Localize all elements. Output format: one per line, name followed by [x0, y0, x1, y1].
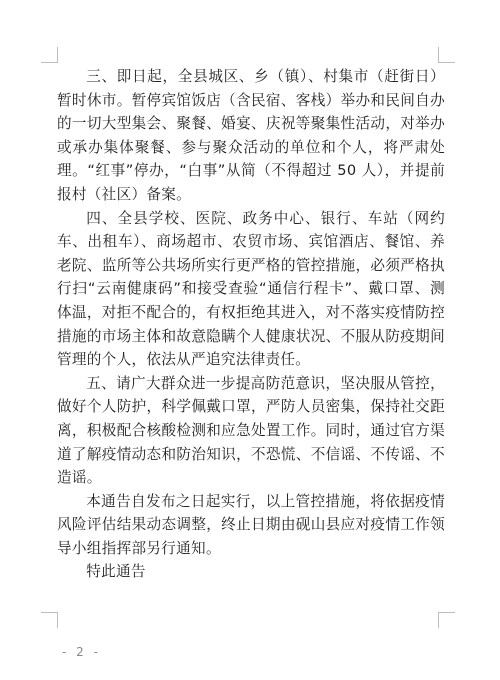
margin-corner-mark-top-left: [41, 47, 58, 63]
paragraph-effective-date: 本通告自发布之日起实行，以上管控措施，将依据疫情风险评估结果动态调整，终止日期由…: [57, 490, 445, 561]
page-number: - 2 -: [62, 645, 101, 659]
margin-corner-mark-top-right: [438, 47, 455, 63]
paragraph-section-3: 三、即日起，全县城区、乡（镇）、村集市（赶街日）暂时休市。暂停宾馆饭店（含民宿、…: [57, 65, 445, 207]
paragraph-section-5: 五、请广大群众进一步提高防范意识，坚决服从管控，做好个人防护，科学佩戴口罩，严防…: [57, 372, 445, 490]
margin-corner-mark-bottom-left: [41, 612, 58, 628]
paragraph-closing: 特此通告: [57, 560, 445, 584]
margin-corner-mark-bottom-right: [438, 612, 455, 628]
paragraph-section-4: 四、全县学校、医院、政务中心、银行、车站（网约车、出租车）、商场超市、农贸市场、…: [57, 207, 445, 372]
document-body: 三、即日起，全县城区、乡（镇）、村集市（赶街日）暂时休市。暂停宾馆饭店（含民宿、…: [57, 65, 445, 584]
